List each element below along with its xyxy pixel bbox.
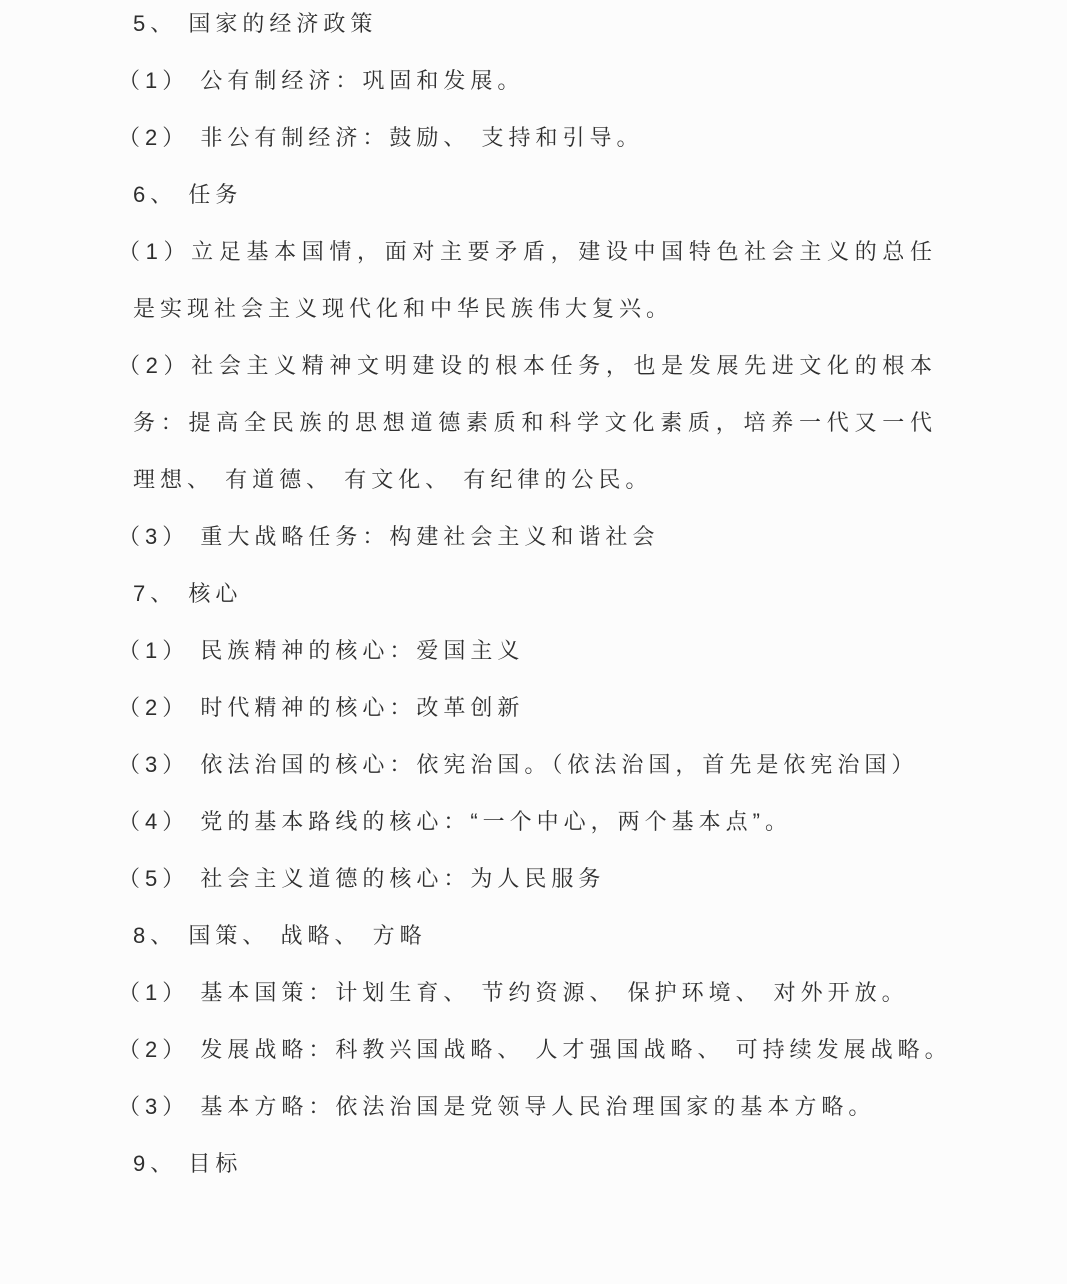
section-heading-line: 5、 国家的经济政策	[133, 0, 937, 52]
section-heading-line: 6、 任务	[133, 166, 937, 223]
paragraph-continuation-line: 理想、 有道德、 有文化、 有纪律的公民。	[133, 451, 937, 508]
list-item-line: （3） 依法治国的核心：依宪治国。（依法治国，首先是依宪治国）	[118, 736, 937, 793]
section-heading-line: 7、 核心	[133, 565, 937, 622]
list-item-line: （2） 非公有制经济：鼓励、 支持和引导。	[118, 109, 937, 166]
list-item-line: （4） 党的基本路线的核心：“一个中心，两个基本点”。	[118, 793, 937, 850]
list-item-line: （1） 公有制经济：巩固和发展。	[118, 52, 937, 109]
list-item-line: （2）社会主义精神文明建设的根本任务，也是发展先进文化的根本任	[118, 337, 937, 394]
list-item-line: （3） 基本方略：依法治国是党领导人民治理国家的基本方略。	[118, 1078, 937, 1135]
paragraph-continuation-line: 务：提高全民族的思想道德素质和科学文化素质，培养一代又一代有	[133, 394, 937, 451]
list-item-line: （2） 时代精神的核心：改革创新	[118, 679, 937, 736]
section-heading-line: 9、 目标	[133, 1135, 937, 1192]
list-item-line: （1）立足基本国情，面对主要矛盾，建设中国特色社会主义的总任务	[118, 223, 937, 280]
list-item-line: （1） 民族精神的核心：爱国主义	[118, 622, 937, 679]
document-page: 5、 国家的经济政策（1） 公有制经济：巩固和发展。（2） 非公有制经济：鼓励、…	[0, 0, 1067, 1279]
list-item-line: （3） 重大战略任务：构建社会主义和谐社会	[118, 508, 937, 565]
list-item-line: （2） 发展战略：科教兴国战略、 人才强国战略、 可持续发展战略。	[118, 1021, 937, 1078]
section-heading-line: 8、 国策、 战略、 方略	[133, 907, 937, 964]
list-item-line: （1） 基本国策：计划生育、 节约资源、 保护环境、 对外开放。	[118, 964, 937, 1021]
list-item-line: （5） 社会主义道德的核心：为人民服务	[118, 850, 937, 907]
document-content: 5、 国家的经济政策（1） 公有制经济：巩固和发展。（2） 非公有制经济：鼓励、…	[0, 0, 1067, 1192]
paragraph-continuation-line: 是实现社会主义现代化和中华民族伟大复兴。	[133, 280, 937, 337]
